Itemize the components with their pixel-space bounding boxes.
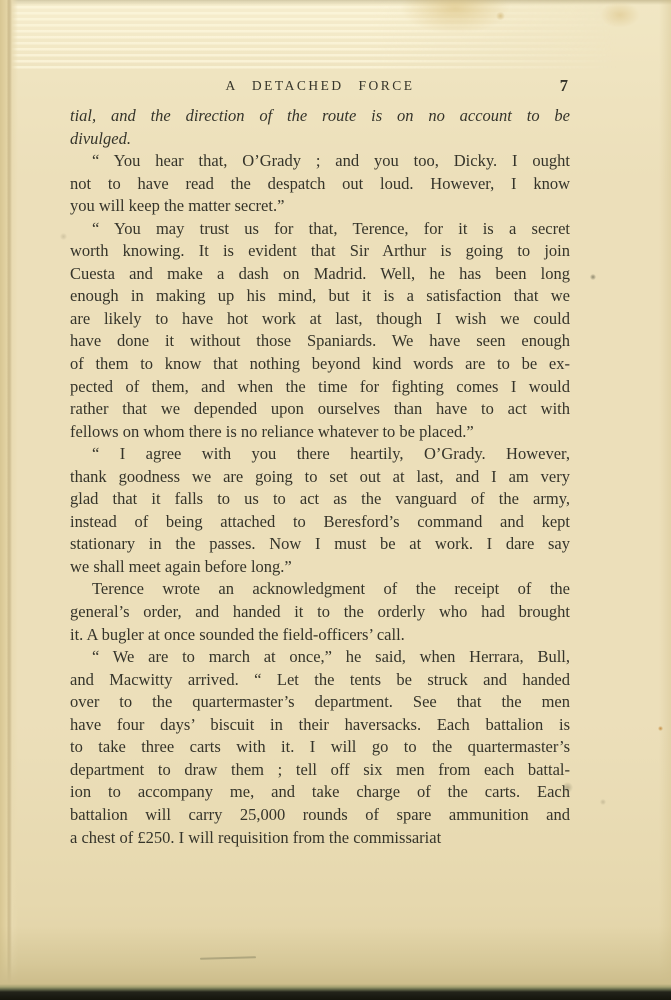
running-head: A DETACHED FORCE 7 bbox=[70, 78, 570, 96]
text-line: “ I agree with you there heartily, O’Gra… bbox=[70, 443, 570, 466]
text-line: are likely to have hot work at last, tho… bbox=[70, 308, 570, 331]
text-line: ion to accompany me, and take charge of … bbox=[70, 781, 570, 804]
text-line: have four days’ biscuit in their haversa… bbox=[70, 714, 570, 737]
text-line: have done it without those Spaniards. We… bbox=[70, 330, 570, 353]
text-line: divulged. bbox=[70, 128, 570, 151]
text-line: it. A bugler at once sounded the field-o… bbox=[70, 624, 570, 647]
text-line: Cuesta and make a dash on Madrid. Well, … bbox=[70, 263, 570, 286]
text-line: pected of them, and when the time for fi… bbox=[70, 376, 570, 399]
paper-speck bbox=[590, 274, 596, 280]
text-line: glad that it falls to us to act as the v… bbox=[70, 488, 570, 511]
text-line: not to have read the despatch out loud. … bbox=[70, 173, 570, 196]
text-line: enough in making up his mind, but it is … bbox=[70, 285, 570, 308]
text-line: “ We are to march at once,” he said, whe… bbox=[70, 646, 570, 669]
chapter-running-title: A DETACHED FORCE bbox=[70, 78, 570, 94]
text-line: thank goodness we are going to set out a… bbox=[70, 466, 570, 489]
text-line: tial, and the direction of the route is … bbox=[70, 105, 570, 128]
text-line: Terence wrote an acknowledgment of the r… bbox=[70, 578, 570, 601]
page-number: 7 bbox=[560, 76, 568, 96]
text-line: to take three carts with it. I will go t… bbox=[70, 736, 570, 759]
page-text: tial, and the direction of the route is … bbox=[70, 105, 570, 849]
text-line: battalion will carry 25,000 rounds of sp… bbox=[70, 804, 570, 827]
page-top-edge bbox=[0, 0, 671, 5]
book-page-scan: A DETACHED FORCE 7 tial, and the directi… bbox=[0, 0, 671, 1000]
page-bottom-edge bbox=[0, 926, 671, 1000]
text-line: of them to know that nothing beyond kind… bbox=[70, 353, 570, 376]
text-line: department to draw them ; tell off six m… bbox=[70, 759, 570, 782]
paper-streaks bbox=[0, 0, 671, 72]
text-line: over to the quartermaster’s department. … bbox=[70, 691, 570, 714]
text-line: a chest of £250. I will requisition from… bbox=[70, 827, 570, 850]
text-line: rather that we depended upon ourselves t… bbox=[70, 398, 570, 421]
text-line: instead of being attached to Beresford’s… bbox=[70, 511, 570, 534]
paper-speck bbox=[60, 233, 67, 240]
text-line: general’s order, and handed it to the or… bbox=[70, 601, 570, 624]
text-line: and Macwitty arrived. “ Let the tents be… bbox=[70, 669, 570, 692]
page-right-edge bbox=[659, 0, 671, 1000]
text-line: “ You may trust us for that, Terence, fo… bbox=[70, 218, 570, 241]
page-left-edge bbox=[0, 0, 18, 1000]
text-line: stationary in the passes. Now I must be … bbox=[70, 533, 570, 556]
text-line: we shall meet again before long.” bbox=[70, 556, 570, 579]
text-line: worth knowing. It is evident that Sir Ar… bbox=[70, 240, 570, 263]
text-line: fellows on whom there is no reliance wha… bbox=[70, 421, 570, 444]
text-line: you will keep the matter secret.” bbox=[70, 195, 570, 218]
paper-speck bbox=[600, 799, 606, 805]
text-line: “ You hear that, O’Grady ; and you too, … bbox=[70, 150, 570, 173]
